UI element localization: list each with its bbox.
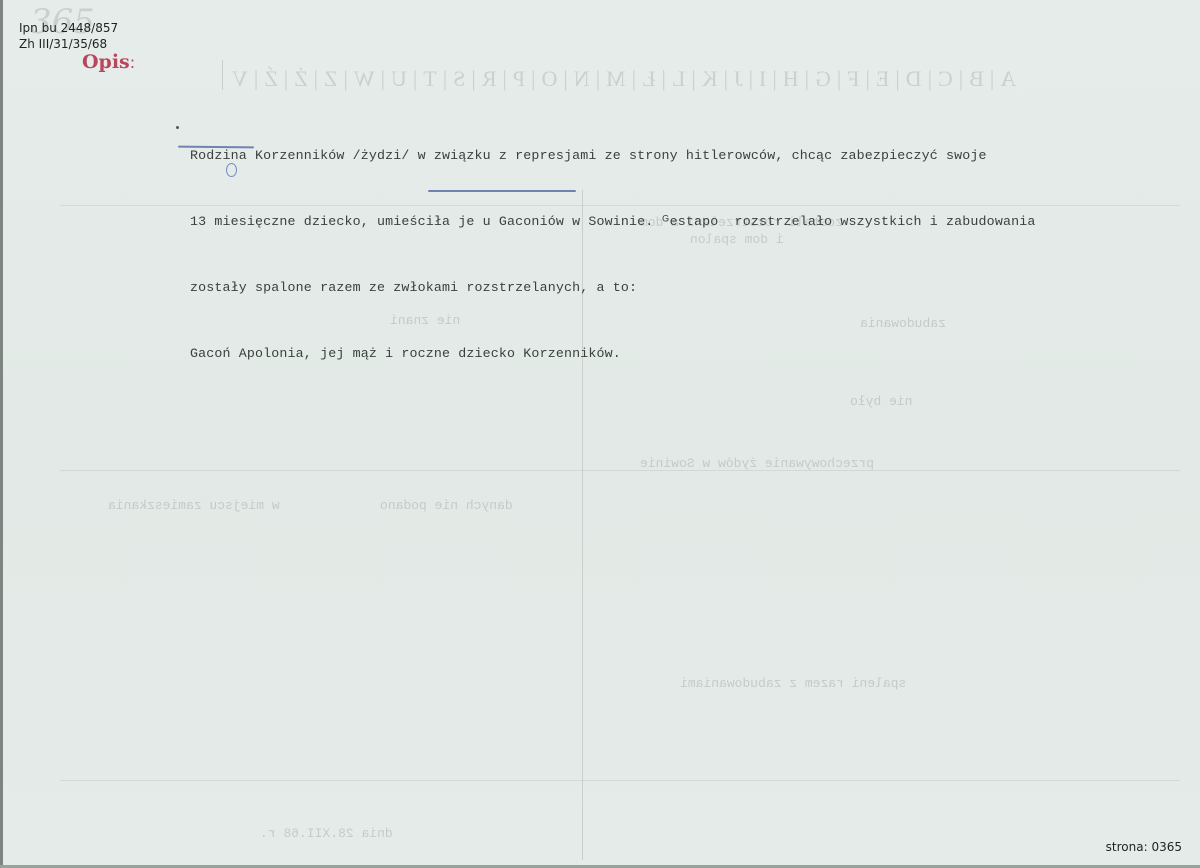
description-label: Opis: <box>82 51 135 73</box>
description-label-colon: : <box>130 53 135 72</box>
blue-correction-mark <box>226 163 237 177</box>
blue-underline-annotation <box>428 190 576 192</box>
ghost-rule <box>60 470 1180 471</box>
ghost-text: spaleni razem z zabudowaniami <box>680 676 906 691</box>
description-line: 13 miesięczne dziecko, umieściła je u Ga… <box>190 211 1035 233</box>
ghost-rule <box>60 780 1180 781</box>
ghost-text: przechowywanie żydów w Sowinie <box>640 456 874 471</box>
page-number: strona: 0365 <box>1106 840 1182 854</box>
ghost-text: w miejscu zamieszkania <box>108 498 280 513</box>
typed-description: Rodzina Korzenników /żydzi/ w związku z … <box>190 101 1035 409</box>
description-line: zostały spalone razem ze zwłokami rozstr… <box>190 277 1035 299</box>
description-line: Gacoń Apolonia, jej mąż i roczne dziecko… <box>190 343 1035 365</box>
archive-reference: Ipn bu 2448/857 <box>19 21 118 35</box>
ghost-letters-row: A|B|C|D|E|F|G|H|I|J|K|L|Ł|M|N|O|P|R|S|T|… <box>226 66 1016 92</box>
description-label-text: Opis <box>82 51 130 73</box>
catalog-reference: Zh III/31/35/68 <box>19 37 107 51</box>
description-line: Rodzina Korzenników /żydzi/ w związku z … <box>190 145 1035 167</box>
ghost-rule <box>222 60 223 90</box>
ink-dot <box>176 126 179 129</box>
ghost-text: danych nie podano <box>380 498 513 513</box>
document-page: A|B|C|D|E|F|G|H|I|J|K|L|Ł|M|N|O|P|R|S|T|… <box>0 0 1200 868</box>
ghost-text: dnia 28.XII.68 r. <box>260 826 393 841</box>
scan-left-edge <box>0 0 3 868</box>
